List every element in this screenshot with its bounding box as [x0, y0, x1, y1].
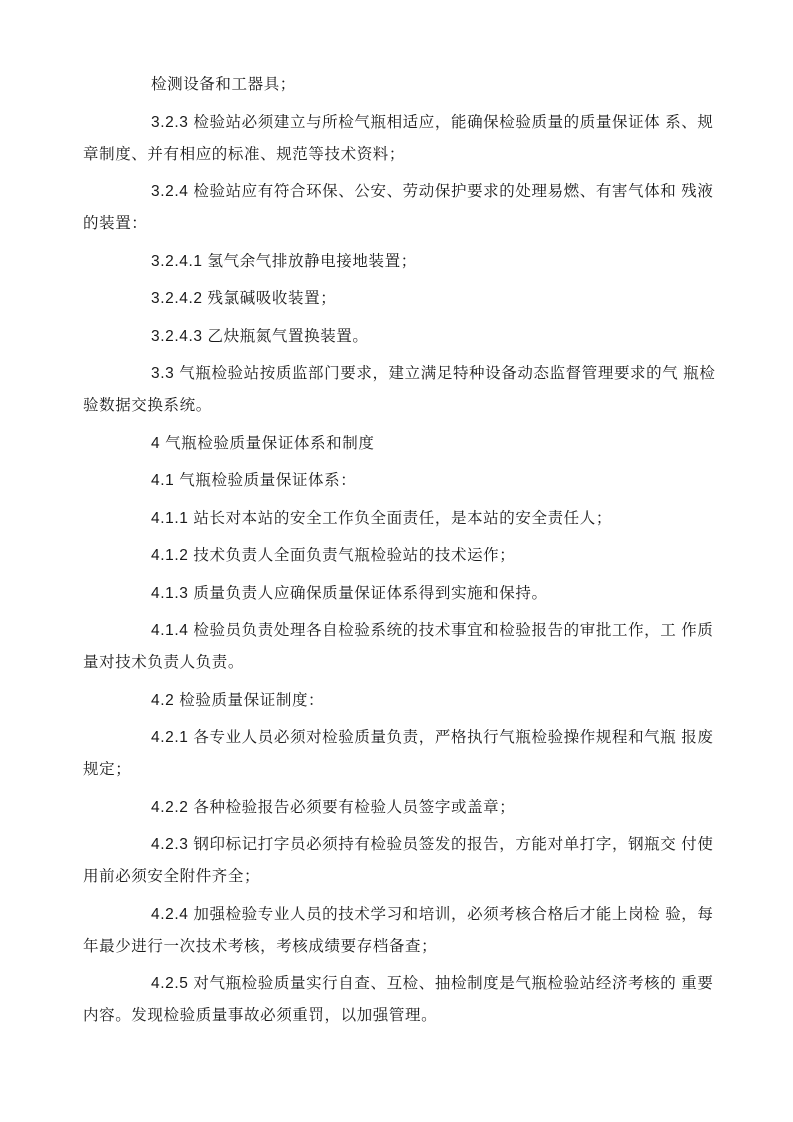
paragraph: 4.1 气瓶检验质量保证体系： [83, 465, 725, 497]
text-line: 检测设备和工器具； [83, 69, 725, 101]
paragraph: 4.2.4 加强检验专业人员的技术学习和培训，必须考核合格后才能上岗检 验，每年… [83, 899, 725, 963]
paragraph: 3.3 气瓶检验站按质监部门要求，建立满足特种设备动态监督管理要求的气 瓶检验数… [83, 358, 725, 422]
text-line: 3.2.4 检验站应有符合环保、公安、劳动保护要求的处理易燃、有害气体和 残液 [83, 176, 725, 208]
paragraph: 检测设备和工器具； [83, 69, 725, 101]
text-line: 3.2.4.3 乙炔瓶氮气置换装置。 [83, 321, 725, 353]
text-line: 4.2.3 钢印标记打字员必须持有检验员签发的报告，方能对单打字，钢瓶交 付使 [83, 829, 725, 861]
paragraph: 4.2.5 对气瓶检验质量实行自查、互检、抽检制度是气瓶检验站经济考核的 重要内… [83, 968, 725, 1032]
paragraph: 4.2.1 各专业人员必须对检验质量负责，严格执行气瓶检验操作规程和气瓶 报废规… [83, 722, 725, 786]
paragraph: 3.2.4.1 氢气余气排放静电接地装置； [83, 246, 725, 278]
paragraph: 4.2.2 各种检验报告必须要有检验人员签字或盖章； [83, 792, 725, 824]
paragraph: 4.2.3 钢印标记打字员必须持有检验员签发的报告，方能对单打字，钢瓶交 付使用… [83, 829, 725, 893]
paragraph: 3.2.4.2 残氯碱吸收装置； [83, 283, 725, 315]
document-content: 检测设备和工器具；3.2.3 检验站必须建立与所检气瓶相适应，能确保检验质量的质… [83, 69, 725, 1038]
text-line: 的装置： [83, 208, 725, 240]
text-line: 4.2.1 各专业人员必须对检验质量负责，严格执行气瓶检验操作规程和气瓶 报废 [83, 722, 725, 754]
text-line: 4.1.3 质量负责人应确保质量保证体系得到实施和保持。 [83, 578, 725, 610]
paragraph: 4.1.1 站长对本站的安全工作负全面责任，是本站的安全责任人； [83, 503, 725, 535]
text-line: 3.2.4.1 氢气余气排放静电接地装置； [83, 246, 725, 278]
paragraph: 4.1.2 技术负责人全面负责气瓶检验站的技术运作； [83, 540, 725, 572]
text-line: 3.2.4.2 残氯碱吸收装置； [83, 283, 725, 315]
text-line: 4.2.5 对气瓶检验质量实行自查、互检、抽检制度是气瓶检验站经济考核的 重要 [83, 968, 725, 1000]
paragraph: 4.1.4 检验员负责处理各自检验系统的技术事宜和检验报告的审批工作，工 作质量… [83, 615, 725, 679]
text-line: 4.1.2 技术负责人全面负责气瓶检验站的技术运作； [83, 540, 725, 572]
text-line: 4.1 气瓶检验质量保证体系： [83, 465, 725, 497]
text-line: 章制度、并有相应的标准、规范等技术资料； [83, 139, 725, 171]
document-page: 检测设备和工器具；3.2.3 检验站必须建立与所检气瓶相适应，能确保检验质量的质… [0, 0, 793, 1122]
text-line: 年最少进行一次技术考核，考核成绩要存档备查； [83, 931, 725, 963]
paragraph: 3.2.4 检验站应有符合环保、公安、劳动保护要求的处理易燃、有害气体和 残液的… [83, 176, 725, 240]
text-line: 3.2.3 检验站必须建立与所检气瓶相适应，能确保检验质量的质量保证体 系、规 [83, 107, 725, 139]
paragraph: 4.2 检验质量保证制度： [83, 685, 725, 717]
paragraph: 3.2.4.3 乙炔瓶氮气置换装置。 [83, 321, 725, 353]
text-line: 量对技术负责人负责。 [83, 647, 725, 679]
text-line: 4.2 检验质量保证制度： [83, 685, 725, 717]
text-line: 4 气瓶检验质量保证体系和制度 [83, 428, 725, 460]
text-line: 4.1.4 检验员负责处理各自检验系统的技术事宜和检验报告的审批工作，工 作质 [83, 615, 725, 647]
text-line: 规定； [83, 754, 725, 786]
text-line: 验数据交换系统。 [83, 390, 725, 422]
paragraph: 4 气瓶检验质量保证体系和制度 [83, 428, 725, 460]
paragraph: 4.1.3 质量负责人应确保质量保证体系得到实施和保持。 [83, 578, 725, 610]
text-line: 3.3 气瓶检验站按质监部门要求，建立满足特种设备动态监督管理要求的气 瓶检 [83, 358, 725, 390]
text-line: 4.2.4 加强检验专业人员的技术学习和培训，必须考核合格后才能上岗检 验，每 [83, 899, 725, 931]
text-line: 内容。发现检验质量事故必须重罚，以加强管理。 [83, 1000, 725, 1032]
text-line: 4.2.2 各种检验报告必须要有检验人员签字或盖章； [83, 792, 725, 824]
text-line: 4.1.1 站长对本站的安全工作负全面责任，是本站的安全责任人； [83, 503, 725, 535]
paragraph: 3.2.3 检验站必须建立与所检气瓶相适应，能确保检验质量的质量保证体 系、规章… [83, 107, 725, 171]
text-line: 用前必须安全附件齐全； [83, 861, 725, 893]
